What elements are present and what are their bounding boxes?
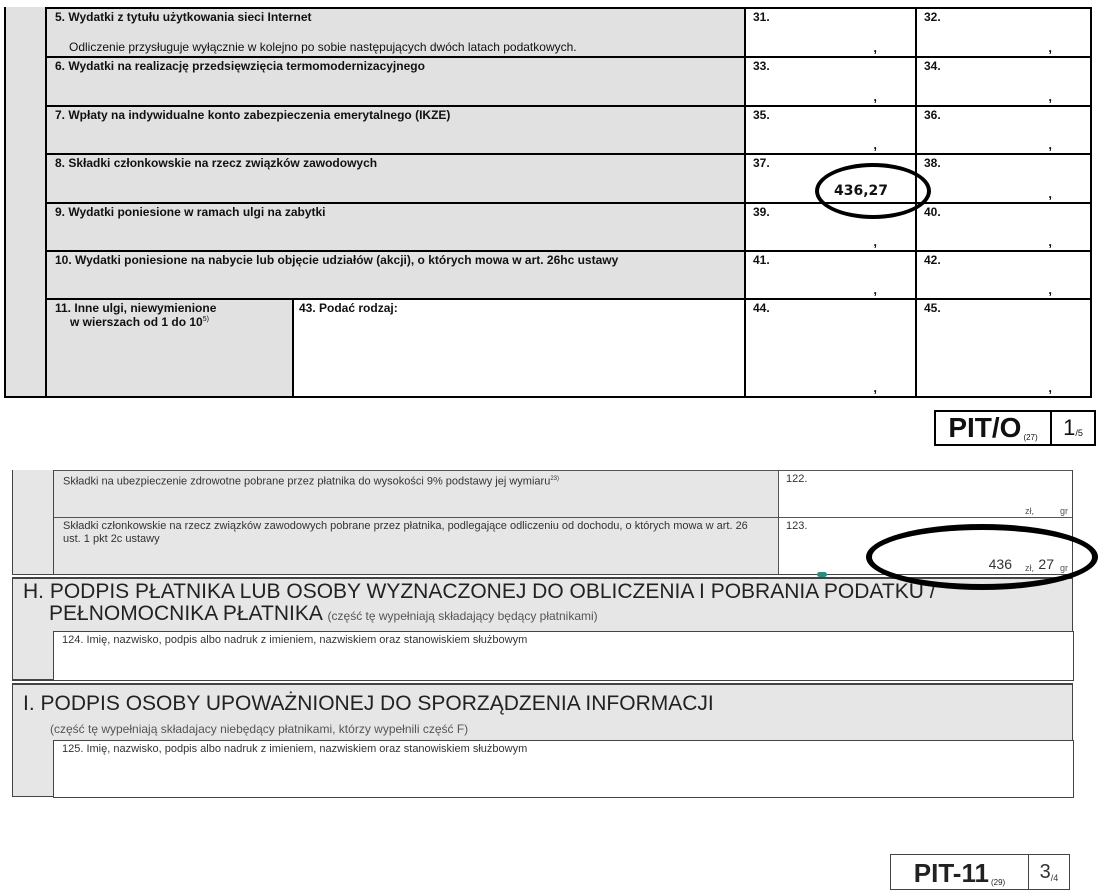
page-total: /4 (1051, 873, 1059, 883)
row-text-content: Składki członkowskie na rzecz związków z… (63, 520, 748, 545)
form-version: (29) (991, 878, 1005, 887)
field-number: 44. (753, 301, 770, 315)
section-i: I. PODPIS OSOBY UPOWAŻNIONEJ DO SPORZĄDZ… (12, 684, 1073, 797)
field-44[interactable]: 44., (744, 300, 915, 396)
form-name: PIT/O(27) (936, 412, 1052, 444)
form-stamp-pit11: PIT-11(29) 3/4 (890, 854, 1070, 890)
section-i-note: (część tę wypełniają składajacy niebędąc… (50, 722, 468, 736)
decimal-comma: , (873, 282, 877, 297)
decimal-comma: , (1048, 234, 1052, 249)
row-title: 7. Wpłaty na indywidualne konto zabezpie… (55, 108, 450, 122)
union-dues-value: 436,27 (834, 183, 888, 199)
section-h-note: (część tę wypełniają składający będący p… (328, 609, 598, 623)
row-title: 10. Wydatki poniesione na nabycie lub ob… (55, 253, 618, 267)
section-h-title-text: PEŁNOMOCNIKA PŁATNIKA (49, 602, 322, 625)
footnote-ref: 5) (203, 316, 209, 323)
row-title-text: w wierszach od 1 do 10 (70, 315, 203, 329)
field-number: 36. (924, 108, 941, 122)
row-text-content: Składki na ubezpieczenie zdrowotne pobra… (63, 476, 550, 488)
contribution-row-123: Składki członkowskie na rzecz związków z… (54, 517, 1072, 574)
row-title: 9. Wydatki poniesione w ramach ulgi na z… (55, 205, 326, 219)
field-40[interactable]: 40., (915, 204, 1090, 250)
field-33[interactable]: 33., (744, 58, 915, 105)
left-margin-stripe (6, 7, 47, 396)
row-description: 8. Składki członkowskie na rzecz związkó… (47, 155, 747, 202)
section-h-title: H. PODPIS PŁATNIKA LUB OSOBY WYZNACZONEJ… (23, 581, 936, 627)
row-description: 5. Wydatki z tytułu użytkowania sieci In… (47, 9, 747, 56)
signature-field-124[interactable]: 124. Imię, nazwisko, podpis albo nadruk … (53, 631, 1074, 681)
grosz-label: gr (1060, 563, 1068, 573)
section-h-title-line1: H. PODPIS PŁATNIKA LUB OSOBY WYZNACZONEJ… (23, 581, 936, 603)
field-number: 37. (753, 156, 770, 170)
field-31[interactable]: 31., (744, 9, 915, 56)
row-description: 9. Wydatki poniesione w ramach ulgi na z… (47, 204, 747, 250)
zloty-label: zł, (1025, 506, 1034, 516)
field-36[interactable]: 36., (915, 107, 1090, 153)
field-43-kind[interactable]: 43. Podać rodzaj: (292, 300, 746, 396)
decimal-comma: , (873, 234, 877, 249)
decimal-comma: , (1048, 186, 1052, 201)
zloty-value: 436 (989, 556, 1012, 572)
form-name-text: PIT/O (948, 412, 1021, 444)
decimal-comma: , (1048, 137, 1052, 152)
page-number: 1 (1063, 415, 1075, 441)
page-number: 3 (1040, 861, 1051, 884)
page-indicator: 1/5 (1052, 412, 1094, 444)
row-description: 7. Wpłaty na indywidualne konto zabezpie… (47, 107, 747, 153)
decimal-comma: , (873, 40, 877, 55)
decimal-comma: , (873, 137, 877, 152)
page-indicator: 3/4 (1029, 855, 1069, 889)
row-description: 6. Wydatki na realizację przedsięwzięcia… (47, 58, 747, 105)
decimal-comma: , (1048, 89, 1052, 104)
deduction-row-5: 5. Wydatki z tytułu użytkowania sieci In… (47, 7, 1090, 56)
field-number: 38. (924, 156, 941, 170)
field-number: 41. (753, 253, 770, 267)
field-number: 42. (924, 253, 941, 267)
field-45[interactable]: 45., (915, 300, 1090, 396)
page-total: /5 (1075, 428, 1083, 438)
field-number: 45. (924, 301, 941, 315)
pito-form-section: 5. Wydatki z tytułu użytkowania sieci In… (4, 7, 1092, 398)
field-32[interactable]: 32., (915, 9, 1090, 56)
row-title: 6. Wydatki na realizację przedsięwzięcia… (55, 59, 425, 73)
decimal-comma: , (873, 89, 877, 104)
pit11-form-section: Składki na ubezpieczenie zdrowotne pobra… (12, 470, 1073, 798)
field-41[interactable]: 41., (744, 252, 915, 298)
contribution-row-122: Składki na ubezpieczenie zdrowotne pobra… (54, 470, 1072, 517)
row-text: Składki członkowskie na rzecz związków z… (63, 520, 763, 546)
row-description: 10. Wydatki poniesione na nabycie lub ob… (47, 252, 747, 298)
deduction-row-6: 6. Wydatki na realizację przedsięwzięcia… (47, 56, 1090, 105)
field-label: 43. Podać rodzaj: (299, 301, 398, 315)
field-number: 122. (786, 473, 807, 485)
rows-container: Składki na ubezpieczenie zdrowotne pobra… (53, 470, 1072, 574)
field-34[interactable]: 34., (915, 58, 1090, 105)
field-39[interactable]: 39., (744, 204, 915, 250)
deduction-row-7: 7. Wpłaty na indywidualne konto zabezpie… (47, 105, 1090, 153)
field-122[interactable]: 122. zł, gr (778, 471, 1072, 517)
row-text: Składki na ubezpieczenie zdrowotne pobra… (63, 473, 763, 489)
pen-mark (817, 572, 827, 577)
field-number: 40. (924, 205, 941, 219)
section-i-title: I. PODPIS OSOBY UPOWAŻNIONEJ DO SPORZĄDZ… (23, 693, 714, 715)
decimal-comma: , (1048, 282, 1052, 297)
deduction-row-9: 9. Wydatki poniesione w ramach ulgi na z… (47, 202, 1090, 250)
section-h-title-line2: PEŁNOMOCNIKA PŁATNIKA (część tę wypełnia… (23, 603, 936, 627)
field-number: 31. (753, 10, 770, 24)
field-number: 33. (753, 59, 770, 73)
form-version: (27) (1023, 433, 1037, 442)
footnote-ref: 23) (550, 476, 559, 482)
row-title: 5. Wydatki z tytułu użytkowania sieci In… (55, 10, 312, 24)
field-123[interactable]: 123. 436 zł, 27 gr (778, 518, 1072, 574)
section-h: H. PODPIS PŁATNIKA LUB OSOBY WYZNACZONEJ… (12, 578, 1073, 680)
deduction-row-10: 10. Wydatki poniesione na nabycie lub ob… (47, 250, 1090, 298)
form-stamp-pito: PIT/O(27) 1/5 (934, 410, 1096, 446)
field-number: 35. (753, 108, 770, 122)
section-g-rows: Składki na ubezpieczenie zdrowotne pobra… (12, 470, 1073, 574)
form-name-text: PIT-11 (914, 858, 989, 889)
field-37[interactable]: 37. 436,27 (744, 155, 915, 202)
deduction-row-11: 11. Inne ulgi, niewymienione w wierszach… (47, 298, 1090, 396)
field-label: 125. Imię, nazwisko, podpis albo nadruk … (62, 743, 527, 755)
field-35[interactable]: 35., (744, 107, 915, 153)
row-title: 8. Składki członkowskie na rzecz związkó… (55, 156, 377, 170)
row-title: 11. Inne ulgi, niewymienione (55, 301, 216, 315)
grosz-value: 27 (1038, 556, 1054, 572)
field-number: 32. (924, 10, 941, 24)
decimal-comma: , (873, 380, 877, 395)
row-title-line2: w wierszach od 1 do 105) (55, 315, 284, 329)
field-number: 39. (753, 205, 770, 219)
field-label: 124. Imię, nazwisko, podpis albo nadruk … (62, 634, 527, 646)
signature-field-125[interactable]: 125. Imię, nazwisko, podpis albo nadruk … (53, 740, 1074, 798)
row-note: Odliczenie przysługuje wyłącznie w kolej… (69, 40, 577, 54)
decimal-comma: , (1048, 380, 1052, 395)
deduction-row-8: 8. Składki członkowskie na rzecz związkó… (47, 153, 1090, 202)
form-name: PIT-11(29) (891, 855, 1029, 889)
field-38[interactable]: 38., (915, 155, 1090, 202)
decimal-comma: , (1048, 40, 1052, 55)
row-description: 11. Inne ulgi, niewymienione w wierszach… (47, 300, 292, 396)
field-42[interactable]: 42., (915, 252, 1090, 298)
field-number: 34. (924, 59, 941, 73)
field-number: 123. (786, 520, 807, 532)
zloty-label: zł, (1025, 563, 1034, 573)
grosz-label: gr (1060, 506, 1068, 516)
